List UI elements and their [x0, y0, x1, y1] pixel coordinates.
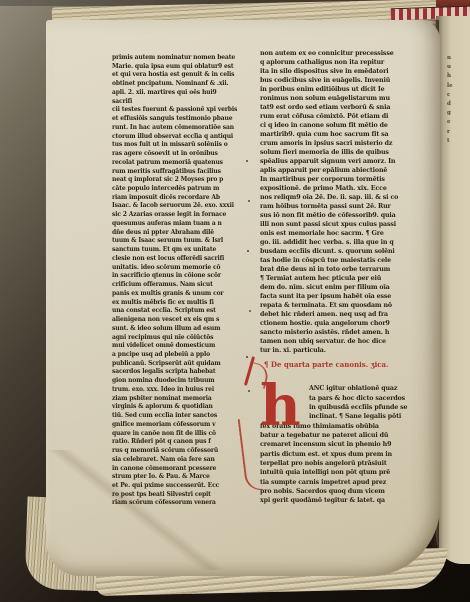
next-page-text-fragments: n u h le c d g e r t — [447, 54, 465, 146]
rubricated-initial-H: h — [260, 384, 306, 421]
initial-flourish-tail — [238, 417, 263, 491]
rubric-heading: ¶ De quarta parte canonis. ʒica. — [264, 360, 422, 370]
ink-specks — [246, 160, 248, 162]
hanc-igitur-paragraph: hANC igitur oblationē quaz ta pars & hoc… — [260, 375, 418, 506]
book-photograph: n u h le c d g e r t primis autem nomina… — [0, 0, 470, 602]
book-page: primis autem nominatur nomen beate Marie… — [46, 20, 440, 576]
next-page-fore-edge: n u h le c d g e r t — [436, 16, 470, 564]
text-column-left: primis autem nominatur nomen beate Marie… — [112, 54, 238, 508]
text-column-right: non autem ex eo connicitur precessisse q… — [260, 49, 418, 355]
